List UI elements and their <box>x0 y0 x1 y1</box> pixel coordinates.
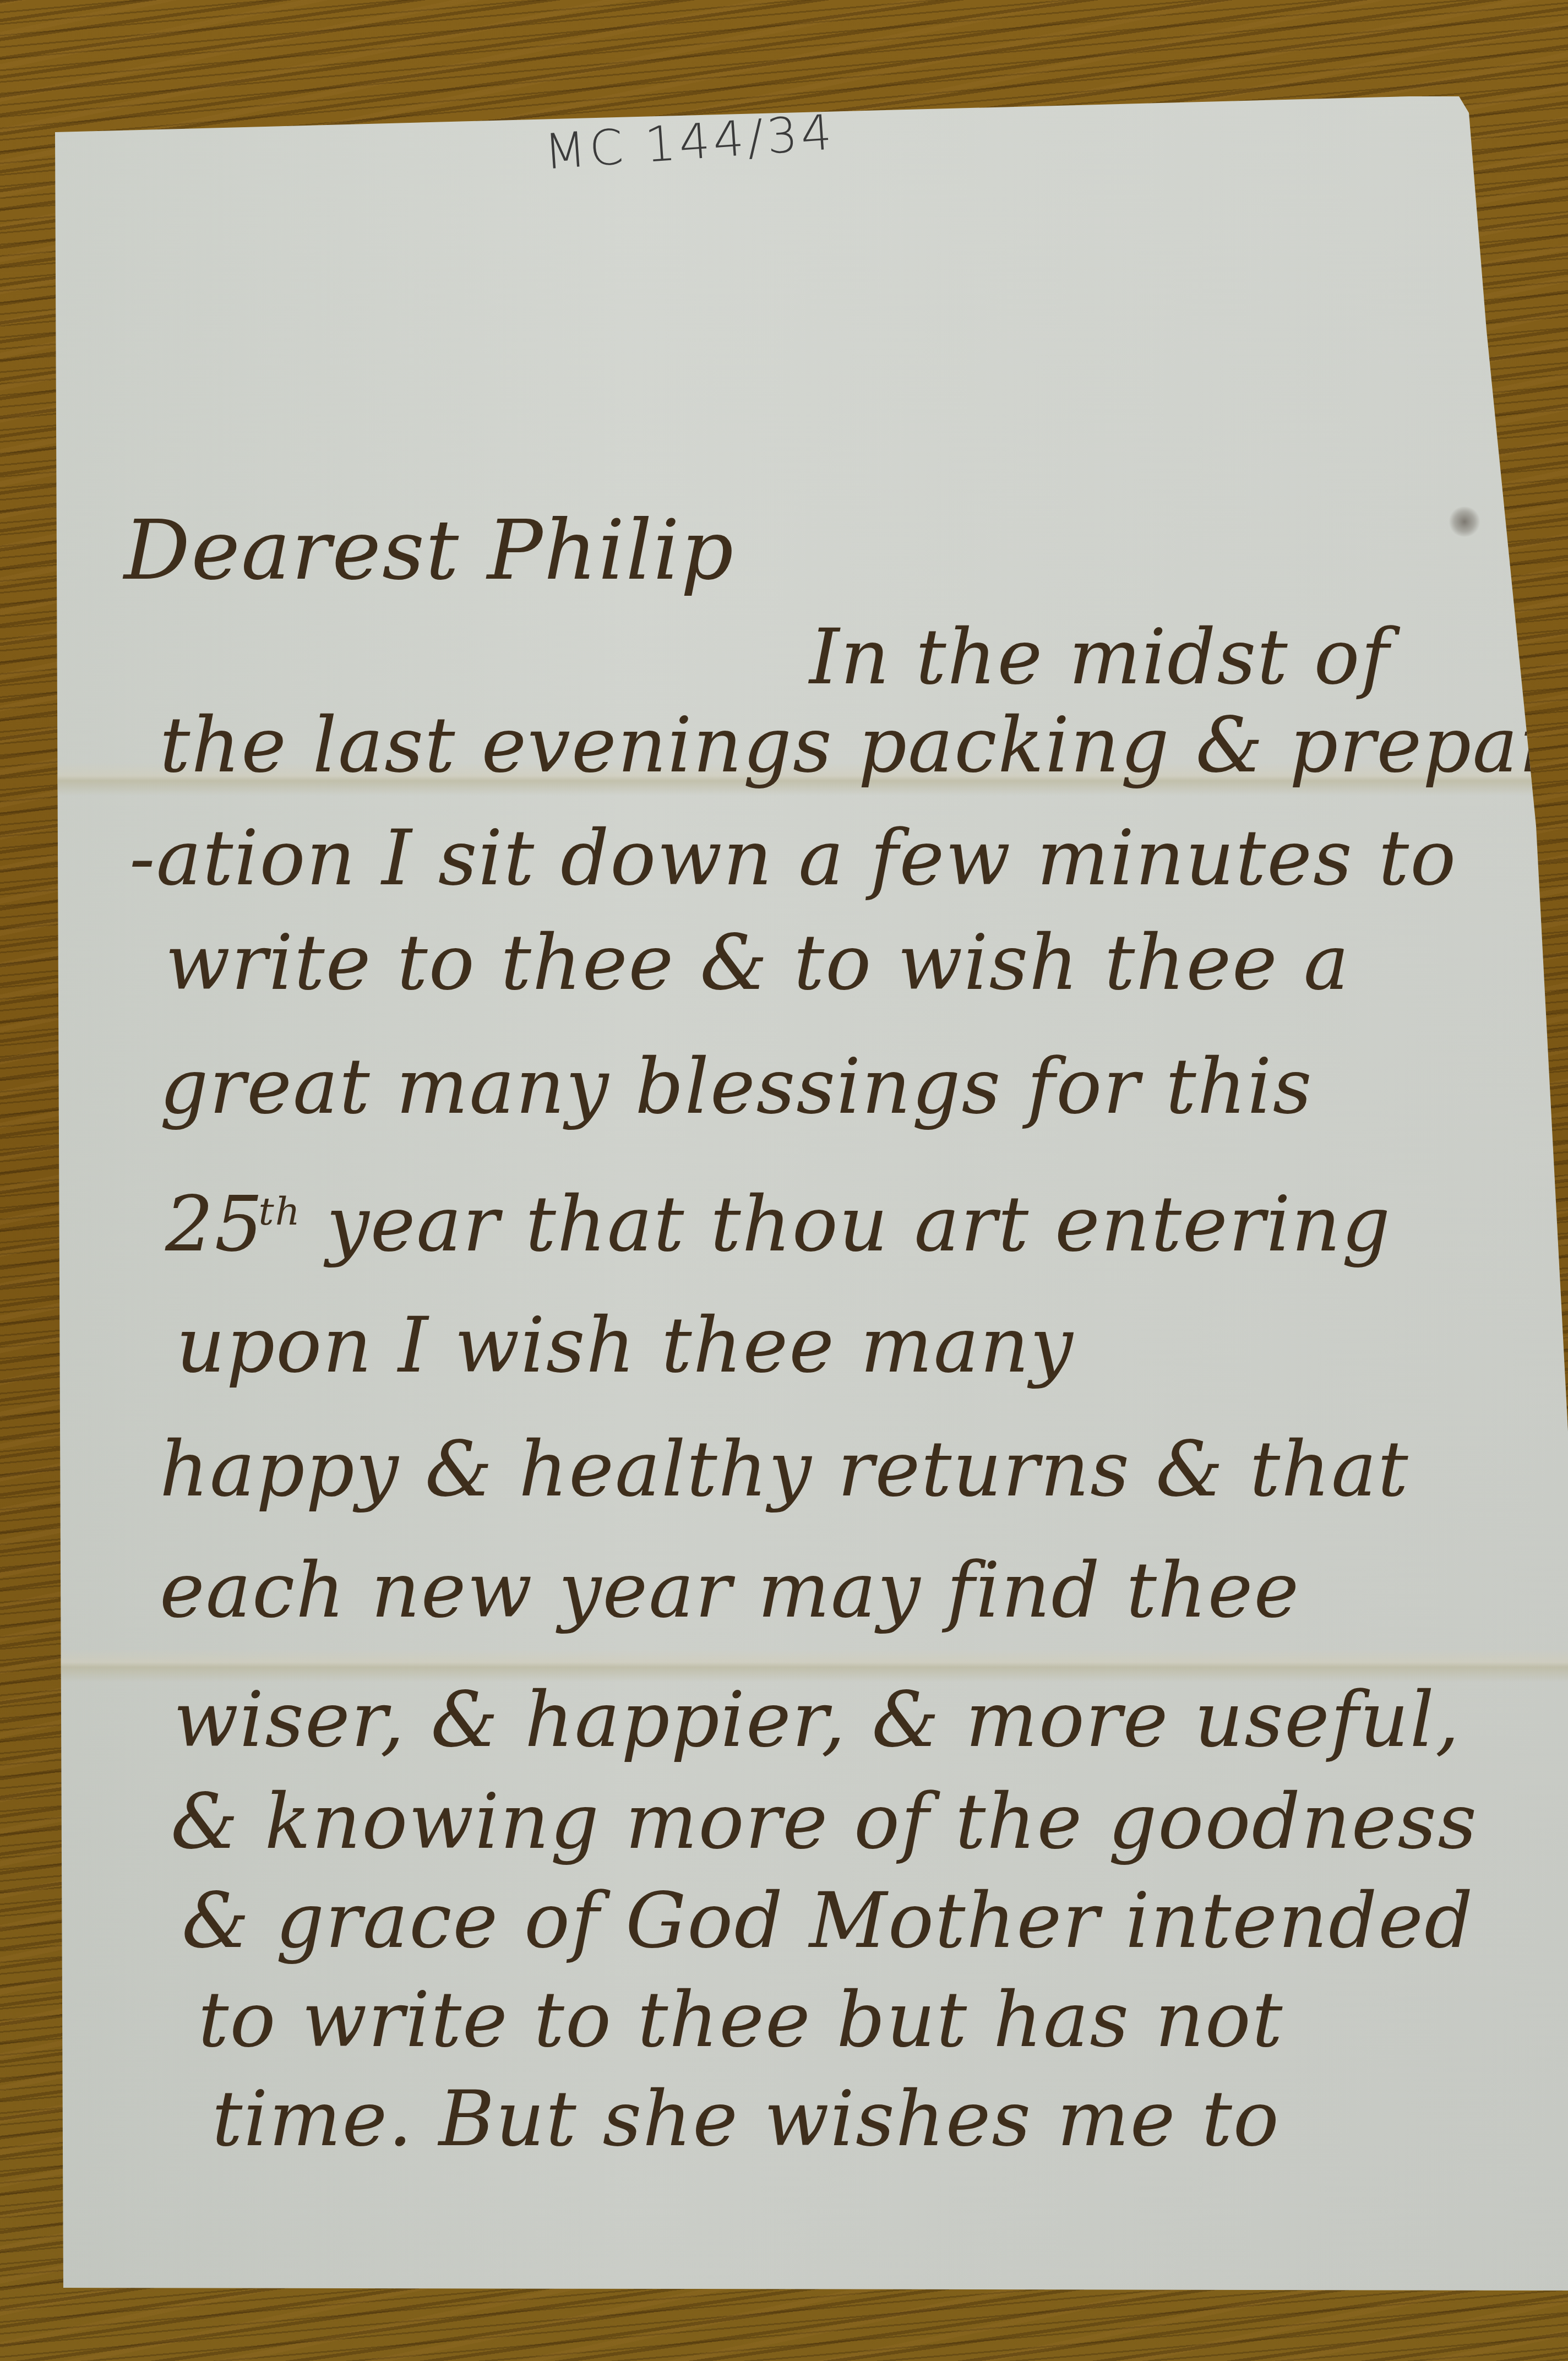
ordinal-number: 25 <box>165 1180 264 1269</box>
letter-line: & knowing more of the goodness <box>171 1784 1478 1860</box>
letter-line: 25th year that thou art entering <box>165 1187 1391 1263</box>
letter-line: the last evenings packing & prepar- <box>160 708 1568 784</box>
letter-paper: MC 144/34 Dearest Philip In the midst of… <box>0 0 1568 2361</box>
letter-line: to write to thee but has not <box>198 1982 1283 2058</box>
letter-line: -ation I sit down a few minutes to <box>129 820 1457 896</box>
letter-line: each new year may find thee <box>160 1553 1300 1629</box>
letter-line: happy & healthy returns & that <box>160 1432 1409 1508</box>
letter-body: Dearest Philip In the midst of the last … <box>0 0 1568 2361</box>
letter-line: great many blessings for this <box>160 1049 1313 1125</box>
letter-line: In the midst of <box>809 619 1390 695</box>
letter-line: wiser, & happier, & more useful, <box>173 1682 1461 1758</box>
salutation: Dearest Philip <box>124 509 734 592</box>
ordinal-suffix: th <box>259 1189 301 1234</box>
letter-line: upon I wish thee many <box>176 1308 1074 1384</box>
letter-line: & grace of God Mother intended <box>182 1883 1474 1959</box>
letter-line: write to thee & to wish thee a <box>165 925 1350 1001</box>
letter-line-rest: year that thou art entering <box>326 1180 1391 1269</box>
letter-line: time. But she wishes me to <box>212 2081 1280 2157</box>
